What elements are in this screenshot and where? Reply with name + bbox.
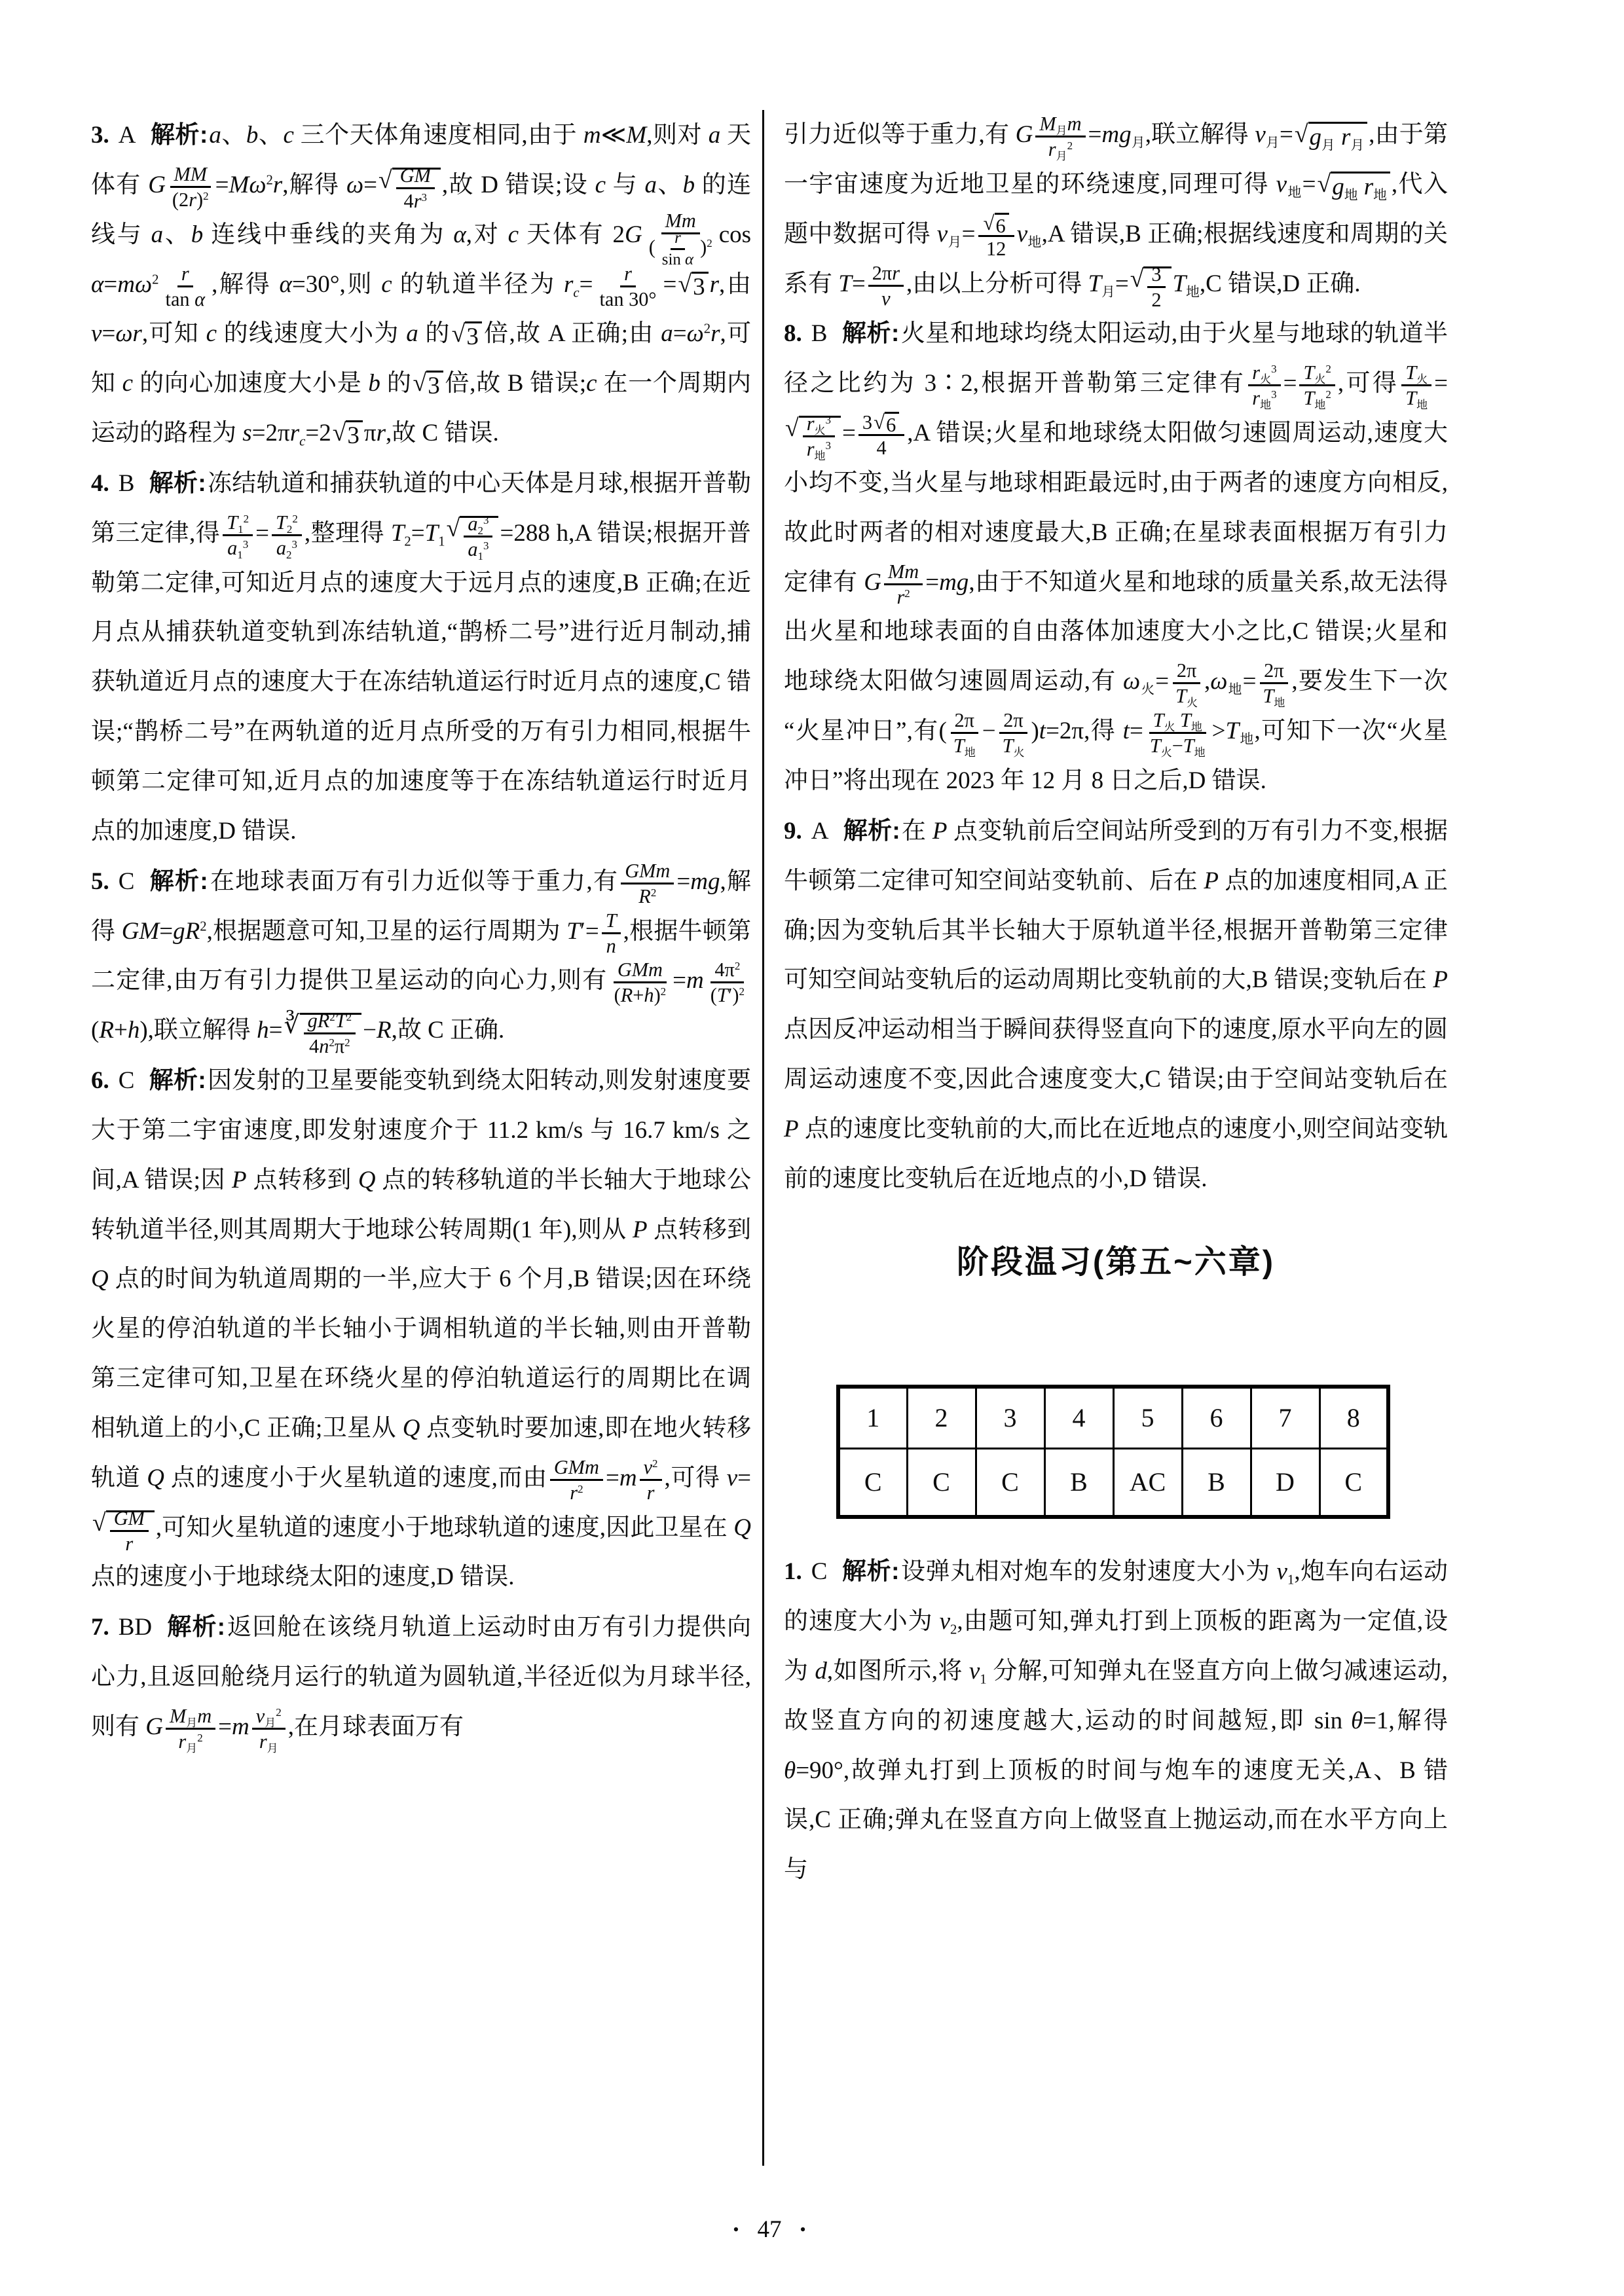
answer-letter: B: [119, 470, 135, 497]
answer-letter: B: [811, 320, 828, 347]
analysis-label: 解析:: [843, 817, 900, 844]
table-header-cell: 6: [1182, 1387, 1251, 1449]
table-header-cell: 1: [838, 1387, 907, 1449]
answer-letter: A: [119, 122, 136, 149]
problem-body: 因发射的卫星要能变轨到绕太阳转动,则发射速度要大于第二宇宙速度,即发射速度介于 …: [91, 1067, 751, 1590]
bullet-icon: •: [733, 2220, 739, 2239]
answer-letter: A: [811, 818, 829, 845]
problem-9: 9.A解析:在 P 点变轨前后空间站所受到的万有引力不变,根据牛顿第二定律可知空…: [784, 806, 1448, 1204]
bullet-icon: •: [800, 2220, 806, 2239]
problem-body: 在 P 点变轨前后空间站所受到的万有引力不变,根据牛顿第二定律可知空间站变轨前、…: [784, 818, 1448, 1192]
table-header-cell: 7: [1251, 1387, 1319, 1449]
problem-number: 4.: [91, 470, 109, 497]
analysis-label: 解析:: [841, 1558, 899, 1584]
table-header-cell: 5: [1113, 1387, 1182, 1449]
table-answer-cell: B: [1182, 1449, 1251, 1518]
page-number: 47: [758, 2216, 782, 2243]
problem-body: a、b、c 三个天体角速度相同,由于 m≪M,则对 a 天体有 GMM(2r)2…: [91, 122, 751, 446]
page-footer: •47•: [91, 2205, 1448, 2255]
analysis-label: 解析:: [150, 121, 208, 148]
problem-1: 1.C解析:设弹丸相对炮车的发射速度大小为 v1,炮车向右运动的速度大小为 v2…: [784, 1546, 1448, 1895]
column-divider-line: [762, 110, 764, 2166]
problem-number: 5.: [91, 868, 109, 895]
answer-table-header-row: 1 2 3 4 5 6 7 8: [838, 1387, 1388, 1449]
problem-number: 6.: [91, 1067, 109, 1094]
problem-body: 火星和地球均绕太阳运动,由于火星与地球的轨道半径之比约为 3∶2,根据开普勒第三…: [784, 320, 1448, 794]
answer-letter: C: [119, 868, 135, 895]
problem-body: 冻结轨道和捕获轨道的中心天体是月球,根据开普勒第三定律,得T12a13=T22a…: [91, 470, 751, 845]
right-column: 引力近似等于重力,有 GM月mr月2=mg月,联立解得 v月=√g月 r月,由于…: [784, 110, 1448, 1895]
analysis-label: 解析:: [149, 867, 208, 894]
table-answer-cell: D: [1251, 1449, 1319, 1518]
answer-letter: C: [811, 1558, 828, 1585]
problem-7-continuation: 引力近似等于重力,有 GM月mr月2=mg月,联立解得 v月=√g月 r月,由于…: [784, 110, 1448, 308]
problem-body: 设弹丸相对炮车的发射速度大小为 v1,炮车向右运动的速度大小为 v2,由题可知,…: [784, 1558, 1448, 1883]
problem-4: 4.B解析:冻结轨道和捕获轨道的中心天体是月球,根据开普勒第三定律,得T12a1…: [91, 458, 751, 856]
answer-letter: C: [119, 1067, 135, 1094]
workbook-page: 3.A解析:a、b、c 三个天体角速度相同,由于 m≪M,则对 a 天体有 GM…: [0, 0, 1624, 2296]
table-header-cell: 2: [907, 1387, 976, 1449]
problem-number: 7.: [91, 1614, 109, 1641]
problem-3: 3.A解析:a、b、c 三个天体角速度相同,由于 m≪M,则对 a 天体有 GM…: [91, 110, 751, 458]
table-answer-cell: C: [1319, 1449, 1388, 1518]
table-answer-cell: C: [907, 1449, 976, 1518]
table-answer-cell: C: [976, 1449, 1044, 1518]
section-heading: 阶段温习(第五~六章): [784, 1242, 1448, 1284]
problem-7: 7.BD解析:返回舱在该绕月轨道上运动时由万有引力提供向心力,且返回舱绕月运行的…: [91, 1602, 751, 1752]
problem-body: 引力近似等于重力,有 GM月mr月2=mg月,联立解得 v月=√g月 r月,由于…: [784, 121, 1448, 297]
table-header-cell: 3: [976, 1387, 1044, 1449]
left-column: 3.A解析:a、b、c 三个天体角速度相同,由于 m≪M,则对 a 天体有 GM…: [91, 110, 751, 1752]
table-answer-cell: AC: [1113, 1449, 1182, 1518]
analysis-label: 解析:: [841, 319, 899, 346]
problem-5: 5.C解析:在地球表面万有引力近似等于重力,有GMmR2=mg,解得 GM=gR…: [91, 856, 751, 1055]
analysis-label: 解析:: [149, 1066, 206, 1093]
table-answer-cell: B: [1044, 1449, 1113, 1518]
problem-number: 1.: [784, 1558, 802, 1585]
problem-number: 9.: [784, 818, 802, 845]
problem-number: 3.: [91, 122, 109, 149]
analysis-label: 解析:: [149, 469, 206, 496]
table-header-cell: 8: [1319, 1387, 1388, 1449]
problem-6: 6.C解析:因发射的卫星要能变轨到绕太阳转动,则发射速度要大于第二宇宙速度,即发…: [91, 1055, 751, 1602]
analysis-label: 解析:: [166, 1613, 225, 1640]
answer-table: 1 2 3 4 5 6 7 8 C C C B AC B D C: [836, 1385, 1390, 1519]
problem-8: 8.B解析:火星和地球均绕太阳运动,由于火星与地球的轨道半径之比约为 3∶2,根…: [784, 308, 1448, 805]
answer-letter: BD: [119, 1614, 152, 1641]
answer-table-answer-row: C C C B AC B D C: [838, 1449, 1388, 1518]
table-header-cell: 4: [1044, 1387, 1113, 1449]
table-answer-cell: C: [838, 1449, 907, 1518]
problem-number: 8.: [784, 320, 802, 347]
